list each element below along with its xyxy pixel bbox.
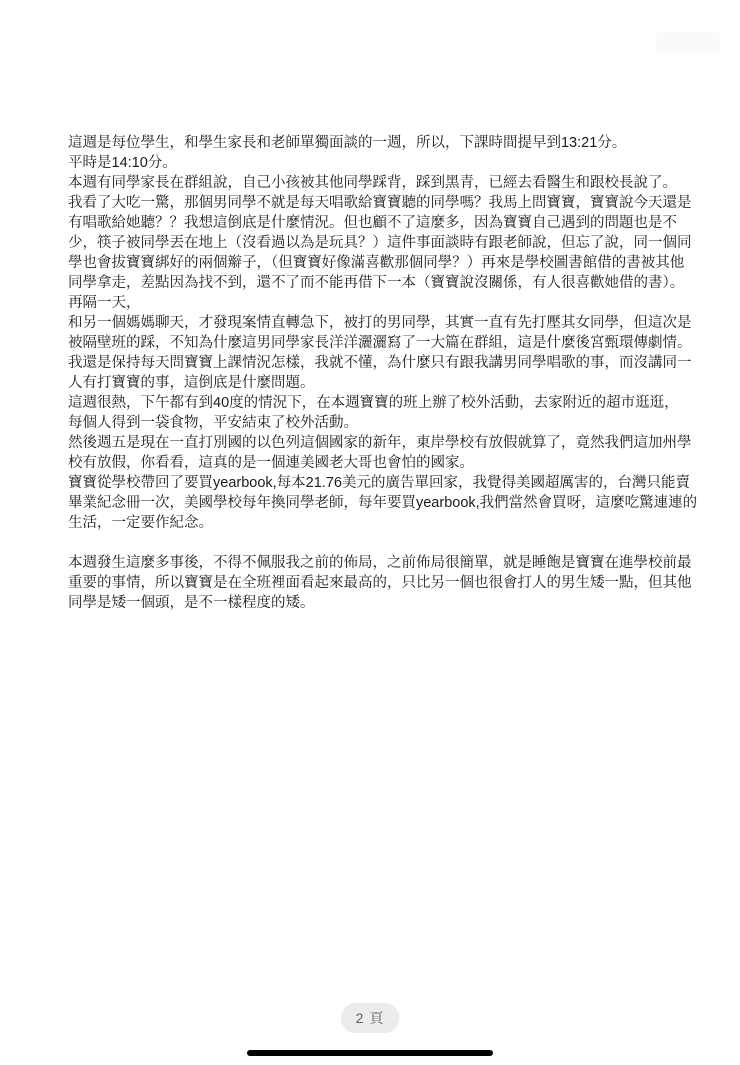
home-indicator[interactable] xyxy=(247,1050,493,1056)
document-page[interactable]: 這週是每位學生，和學生家長和老師單獨面談的一週，所以，下課時間提早到13:21分… xyxy=(0,0,740,1065)
page-number-badge: 2 頁 xyxy=(341,1003,400,1033)
document-text: 這週是每位學生，和學生家長和老師單獨面談的一週，所以，下課時間提早到13:21分… xyxy=(68,133,708,613)
page-number-label: 2 頁 xyxy=(356,1008,385,1028)
faded-toolbar-ghost xyxy=(656,32,720,55)
